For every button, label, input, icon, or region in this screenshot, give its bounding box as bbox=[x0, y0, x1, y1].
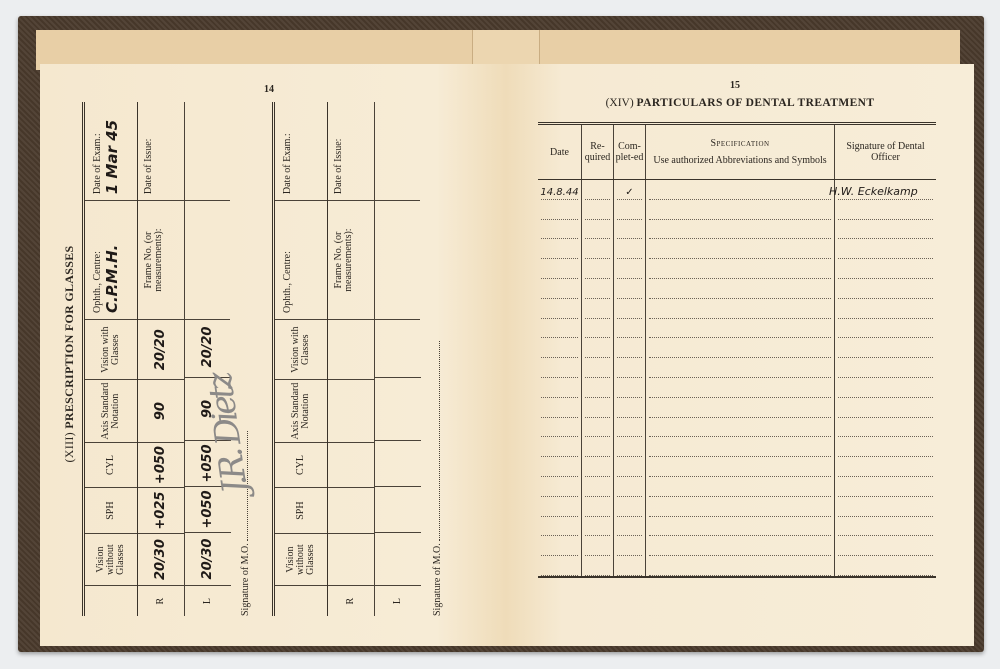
vision-without-value[interactable] bbox=[328, 534, 374, 586]
required-cell[interactable] bbox=[581, 319, 613, 339]
date-cell[interactable] bbox=[538, 517, 581, 537]
dental-row bbox=[538, 536, 936, 556]
completed-cell[interactable] bbox=[613, 319, 645, 339]
vision-with-header: Vision with Glasses bbox=[275, 320, 327, 380]
date-cell[interactable] bbox=[538, 358, 581, 378]
required-cell[interactable] bbox=[581, 457, 613, 477]
date-cell[interactable] bbox=[538, 338, 581, 358]
completed-cell[interactable] bbox=[613, 338, 645, 358]
dental-row bbox=[538, 299, 936, 319]
axis-value[interactable] bbox=[328, 380, 374, 442]
date-cell[interactable] bbox=[538, 497, 581, 517]
specification-cell[interactable] bbox=[645, 299, 834, 319]
page-14: 14 (XIII) PRESCRIPTION FOR GLASSES Visio… bbox=[40, 64, 506, 646]
sph-value[interactable]: +025 bbox=[138, 488, 184, 534]
specification-cell[interactable] bbox=[645, 517, 834, 537]
vision-without-value[interactable]: 20/30 bbox=[185, 533, 231, 586]
vision-with-value[interactable] bbox=[328, 320, 374, 380]
sph-header: SPH bbox=[85, 488, 137, 534]
date-of-issue-field[interactable]: Date of Issue: bbox=[328, 102, 420, 201]
prescription-header-row: Vision without Glasses SPH CYL Axis Stan… bbox=[275, 102, 328, 616]
vision-with-value[interactable]: 20/20 bbox=[138, 320, 184, 380]
vision-with-value[interactable] bbox=[375, 317, 421, 378]
required-cell[interactable] bbox=[581, 556, 613, 576]
signature-cell[interactable] bbox=[834, 200, 936, 220]
eye-label: R bbox=[138, 586, 184, 616]
specification-cell[interactable] bbox=[645, 457, 834, 477]
sph-header: SPH bbox=[275, 488, 327, 534]
dental-row bbox=[538, 556, 936, 576]
axis-value[interactable]: 90 bbox=[138, 380, 184, 442]
signature-cell[interactable] bbox=[834, 319, 936, 339]
mo-signature-line-2[interactable]: Signature of M.O. bbox=[432, 341, 443, 616]
axis-header: Axis Standard Notation bbox=[85, 380, 137, 442]
date-cell[interactable] bbox=[538, 398, 581, 418]
dental-rows: 14.8.44✓H.W. Eckelkamp bbox=[538, 180, 936, 576]
specification-cell[interactable] bbox=[645, 437, 834, 457]
specification-cell[interactable] bbox=[645, 477, 834, 497]
signature-header: Signature of Dental Officer bbox=[834, 125, 936, 179]
signature-cell[interactable] bbox=[834, 398, 936, 418]
dental-row: 14.8.44✓H.W. Eckelkamp bbox=[538, 180, 936, 200]
dental-row bbox=[538, 200, 936, 220]
sph-value[interactable] bbox=[375, 487, 421, 533]
cyl-value[interactable] bbox=[375, 441, 421, 487]
completed-cell[interactable] bbox=[613, 517, 645, 537]
signature-cell[interactable] bbox=[834, 437, 936, 457]
ophth-centre-field[interactable]: Ophth., Centre: bbox=[275, 201, 327, 320]
date-cell[interactable] bbox=[538, 437, 581, 457]
required-cell[interactable] bbox=[581, 239, 613, 259]
dental-row bbox=[538, 220, 936, 240]
required-header: Re-quired bbox=[581, 125, 613, 179]
ophth-centre-field[interactable]: Ophth., Centre: C.P.M.H. bbox=[85, 201, 137, 320]
dental-row bbox=[538, 239, 936, 259]
specification-cell[interactable] bbox=[645, 398, 834, 418]
cyl-value[interactable] bbox=[328, 443, 374, 489]
signature-cell[interactable] bbox=[834, 457, 936, 477]
completed-cell[interactable] bbox=[613, 477, 645, 497]
specification-cell[interactable] bbox=[645, 358, 834, 378]
specification-cell[interactable] bbox=[645, 279, 834, 299]
dental-row bbox=[538, 398, 936, 418]
completed-cell[interactable] bbox=[613, 418, 645, 438]
completed-cell[interactable] bbox=[613, 358, 645, 378]
date-cell[interactable] bbox=[538, 418, 581, 438]
completed-cell[interactable] bbox=[613, 299, 645, 319]
required-cell[interactable] bbox=[581, 378, 613, 398]
completed-cell[interactable] bbox=[613, 220, 645, 240]
vision-with-header: Vision with Glasses bbox=[85, 320, 137, 380]
completed-cell[interactable] bbox=[613, 497, 645, 517]
signature-cell[interactable] bbox=[834, 556, 936, 576]
date-cell[interactable] bbox=[538, 259, 581, 279]
prescription-rotated-content: (XIII) PRESCRIPTION FOR GLASSES Vision w… bbox=[40, 64, 506, 644]
date-cell[interactable] bbox=[538, 536, 581, 556]
date-cell[interactable] bbox=[538, 239, 581, 259]
vision-without-value[interactable] bbox=[375, 533, 421, 586]
specification-cell[interactable] bbox=[645, 536, 834, 556]
signature-cell[interactable] bbox=[834, 497, 936, 517]
cyl-header: CYL bbox=[85, 443, 137, 489]
specification-cell[interactable] bbox=[645, 378, 834, 398]
specification-cell[interactable] bbox=[645, 259, 834, 279]
required-cell[interactable] bbox=[581, 497, 613, 517]
vision-without-value[interactable]: 20/30 bbox=[138, 534, 184, 586]
date-cell[interactable] bbox=[538, 200, 581, 220]
table-bottom-rule bbox=[538, 576, 936, 578]
eye-label: L bbox=[375, 586, 421, 616]
page-15: 15 (XIV) PARTICULARS OF DENTAL TREATMENT… bbox=[506, 64, 974, 646]
completed-header: Com-plet-ed bbox=[613, 125, 645, 179]
specification-cell[interactable] bbox=[645, 497, 834, 517]
required-cell[interactable] bbox=[581, 299, 613, 319]
required-cell[interactable] bbox=[581, 338, 613, 358]
completed-cell[interactable] bbox=[613, 378, 645, 398]
prescription-row-r: R 20/30 +025 +050 90 20/20 Frame No. (or… bbox=[138, 102, 185, 616]
specification-header: Specification Use authorized Abbreviatio… bbox=[645, 125, 834, 179]
dental-row bbox=[538, 497, 936, 517]
dental-row bbox=[538, 259, 936, 279]
dental-row bbox=[538, 418, 936, 438]
date-cell[interactable] bbox=[538, 556, 581, 576]
axis-header: Axis Standard Notation bbox=[275, 380, 327, 442]
prescription-table-1: Vision without Glasses SPH CYL Axis Stan… bbox=[82, 102, 231, 616]
specification-cell[interactable] bbox=[645, 319, 834, 339]
dental-row bbox=[538, 319, 936, 339]
dental-row bbox=[538, 477, 936, 497]
prescription-table-2: Vision without Glasses SPH CYL Axis Stan… bbox=[272, 102, 421, 616]
date-cell[interactable] bbox=[538, 299, 581, 319]
signature-cell[interactable] bbox=[834, 338, 936, 358]
required-cell[interactable] bbox=[581, 220, 613, 240]
date-cell[interactable] bbox=[538, 279, 581, 299]
specification-cell[interactable] bbox=[645, 220, 834, 240]
date-of-issue-field[interactable]: Date of Issue: bbox=[138, 102, 230, 201]
signature-cell[interactable] bbox=[834, 358, 936, 378]
completed-cell[interactable] bbox=[613, 556, 645, 576]
specification-cell[interactable] bbox=[645, 418, 834, 438]
required-cell[interactable] bbox=[581, 259, 613, 279]
required-cell[interactable] bbox=[581, 279, 613, 299]
date-cell[interactable] bbox=[538, 378, 581, 398]
signature-cell[interactable] bbox=[834, 536, 936, 556]
required-cell[interactable] bbox=[581, 398, 613, 418]
completed-cell[interactable] bbox=[613, 200, 645, 220]
completed-cell[interactable]: ✓ bbox=[613, 180, 645, 200]
completed-cell[interactable] bbox=[613, 457, 645, 477]
specification-cell[interactable] bbox=[645, 338, 834, 358]
dental-row bbox=[538, 517, 936, 537]
specification-cell[interactable] bbox=[645, 180, 834, 200]
date-cell[interactable]: 14.8.44 bbox=[538, 180, 581, 200]
vision-with-value[interactable]: 20/20 bbox=[185, 317, 231, 378]
signature-cell[interactable] bbox=[834, 477, 936, 497]
completed-cell[interactable] bbox=[613, 437, 645, 457]
required-cell[interactable] bbox=[581, 477, 613, 497]
date-of-exam-field[interactable]: Date of Exam.: bbox=[275, 102, 327, 201]
dental-row bbox=[538, 358, 936, 378]
section-title: (XIII) PRESCRIPTION FOR GLASSES bbox=[62, 64, 77, 644]
dental-row bbox=[538, 279, 936, 299]
specification-cell[interactable] bbox=[645, 200, 834, 220]
eye-header bbox=[275, 586, 327, 616]
date-cell[interactable] bbox=[538, 319, 581, 339]
sph-value[interactable] bbox=[328, 488, 374, 534]
date-header: Date bbox=[538, 125, 581, 179]
vision-without-header: Vision without Glasses bbox=[85, 534, 137, 586]
eye-header bbox=[85, 586, 137, 616]
signature-cell[interactable] bbox=[834, 239, 936, 259]
specification-cell[interactable] bbox=[645, 239, 834, 259]
completed-cell[interactable] bbox=[613, 279, 645, 299]
date-of-exam-field[interactable]: Date of Exam.: 1 Mar 45 bbox=[85, 102, 137, 201]
signature-cell[interactable] bbox=[834, 279, 936, 299]
signature-cell[interactable] bbox=[834, 517, 936, 537]
required-cell[interactable] bbox=[581, 536, 613, 556]
date-cell[interactable] bbox=[538, 477, 581, 497]
signature-cell[interactable] bbox=[834, 259, 936, 279]
vision-without-header: Vision without Glasses bbox=[275, 534, 327, 586]
signature-cell[interactable]: H.W. Eckelkamp bbox=[834, 180, 936, 200]
date-cell[interactable] bbox=[538, 457, 581, 477]
completed-cell[interactable] bbox=[613, 259, 645, 279]
dental-row bbox=[538, 378, 936, 398]
frame-no-field[interactable]: Frame No. (or measurements): bbox=[138, 201, 230, 320]
axis-value[interactable] bbox=[375, 378, 421, 441]
prescription-row-r: R Frame No. (or measurements): Date of I… bbox=[328, 102, 375, 616]
page-number: 15 bbox=[730, 80, 740, 91]
cyl-value[interactable]: +050 bbox=[138, 443, 184, 489]
signature-cell[interactable] bbox=[834, 378, 936, 398]
prescription-header-row: Vision without Glasses SPH CYL Axis Stan… bbox=[85, 102, 138, 616]
required-cell[interactable] bbox=[581, 418, 613, 438]
specification-cell[interactable] bbox=[645, 556, 834, 576]
completed-cell[interactable] bbox=[613, 536, 645, 556]
signature-cell[interactable] bbox=[834, 299, 936, 319]
date-cell[interactable] bbox=[538, 220, 581, 240]
dental-row bbox=[538, 437, 936, 457]
cyl-header: CYL bbox=[275, 443, 327, 489]
required-cell[interactable] bbox=[581, 358, 613, 378]
required-cell[interactable] bbox=[581, 437, 613, 457]
dental-row bbox=[538, 338, 936, 358]
dental-treatment-table: Date Re-quired Com-plet-ed Specification… bbox=[538, 122, 936, 578]
dental-row bbox=[538, 457, 936, 477]
completed-cell[interactable] bbox=[613, 398, 645, 418]
frame-no-field[interactable]: Frame No. (or measurements): bbox=[328, 201, 420, 320]
required-cell[interactable] bbox=[581, 180, 613, 200]
signature-cell[interactable] bbox=[834, 418, 936, 438]
required-cell[interactable] bbox=[581, 200, 613, 220]
required-cell[interactable] bbox=[581, 517, 613, 537]
eye-label: L bbox=[185, 586, 231, 616]
signature-cell[interactable] bbox=[834, 220, 936, 240]
completed-cell[interactable] bbox=[613, 239, 645, 259]
dental-header-row: Date Re-quired Com-plet-ed Specification… bbox=[538, 125, 936, 180]
eye-label: R bbox=[328, 586, 374, 616]
section-title: (XIV) PARTICULARS OF DENTAL TREATMENT bbox=[506, 97, 974, 109]
